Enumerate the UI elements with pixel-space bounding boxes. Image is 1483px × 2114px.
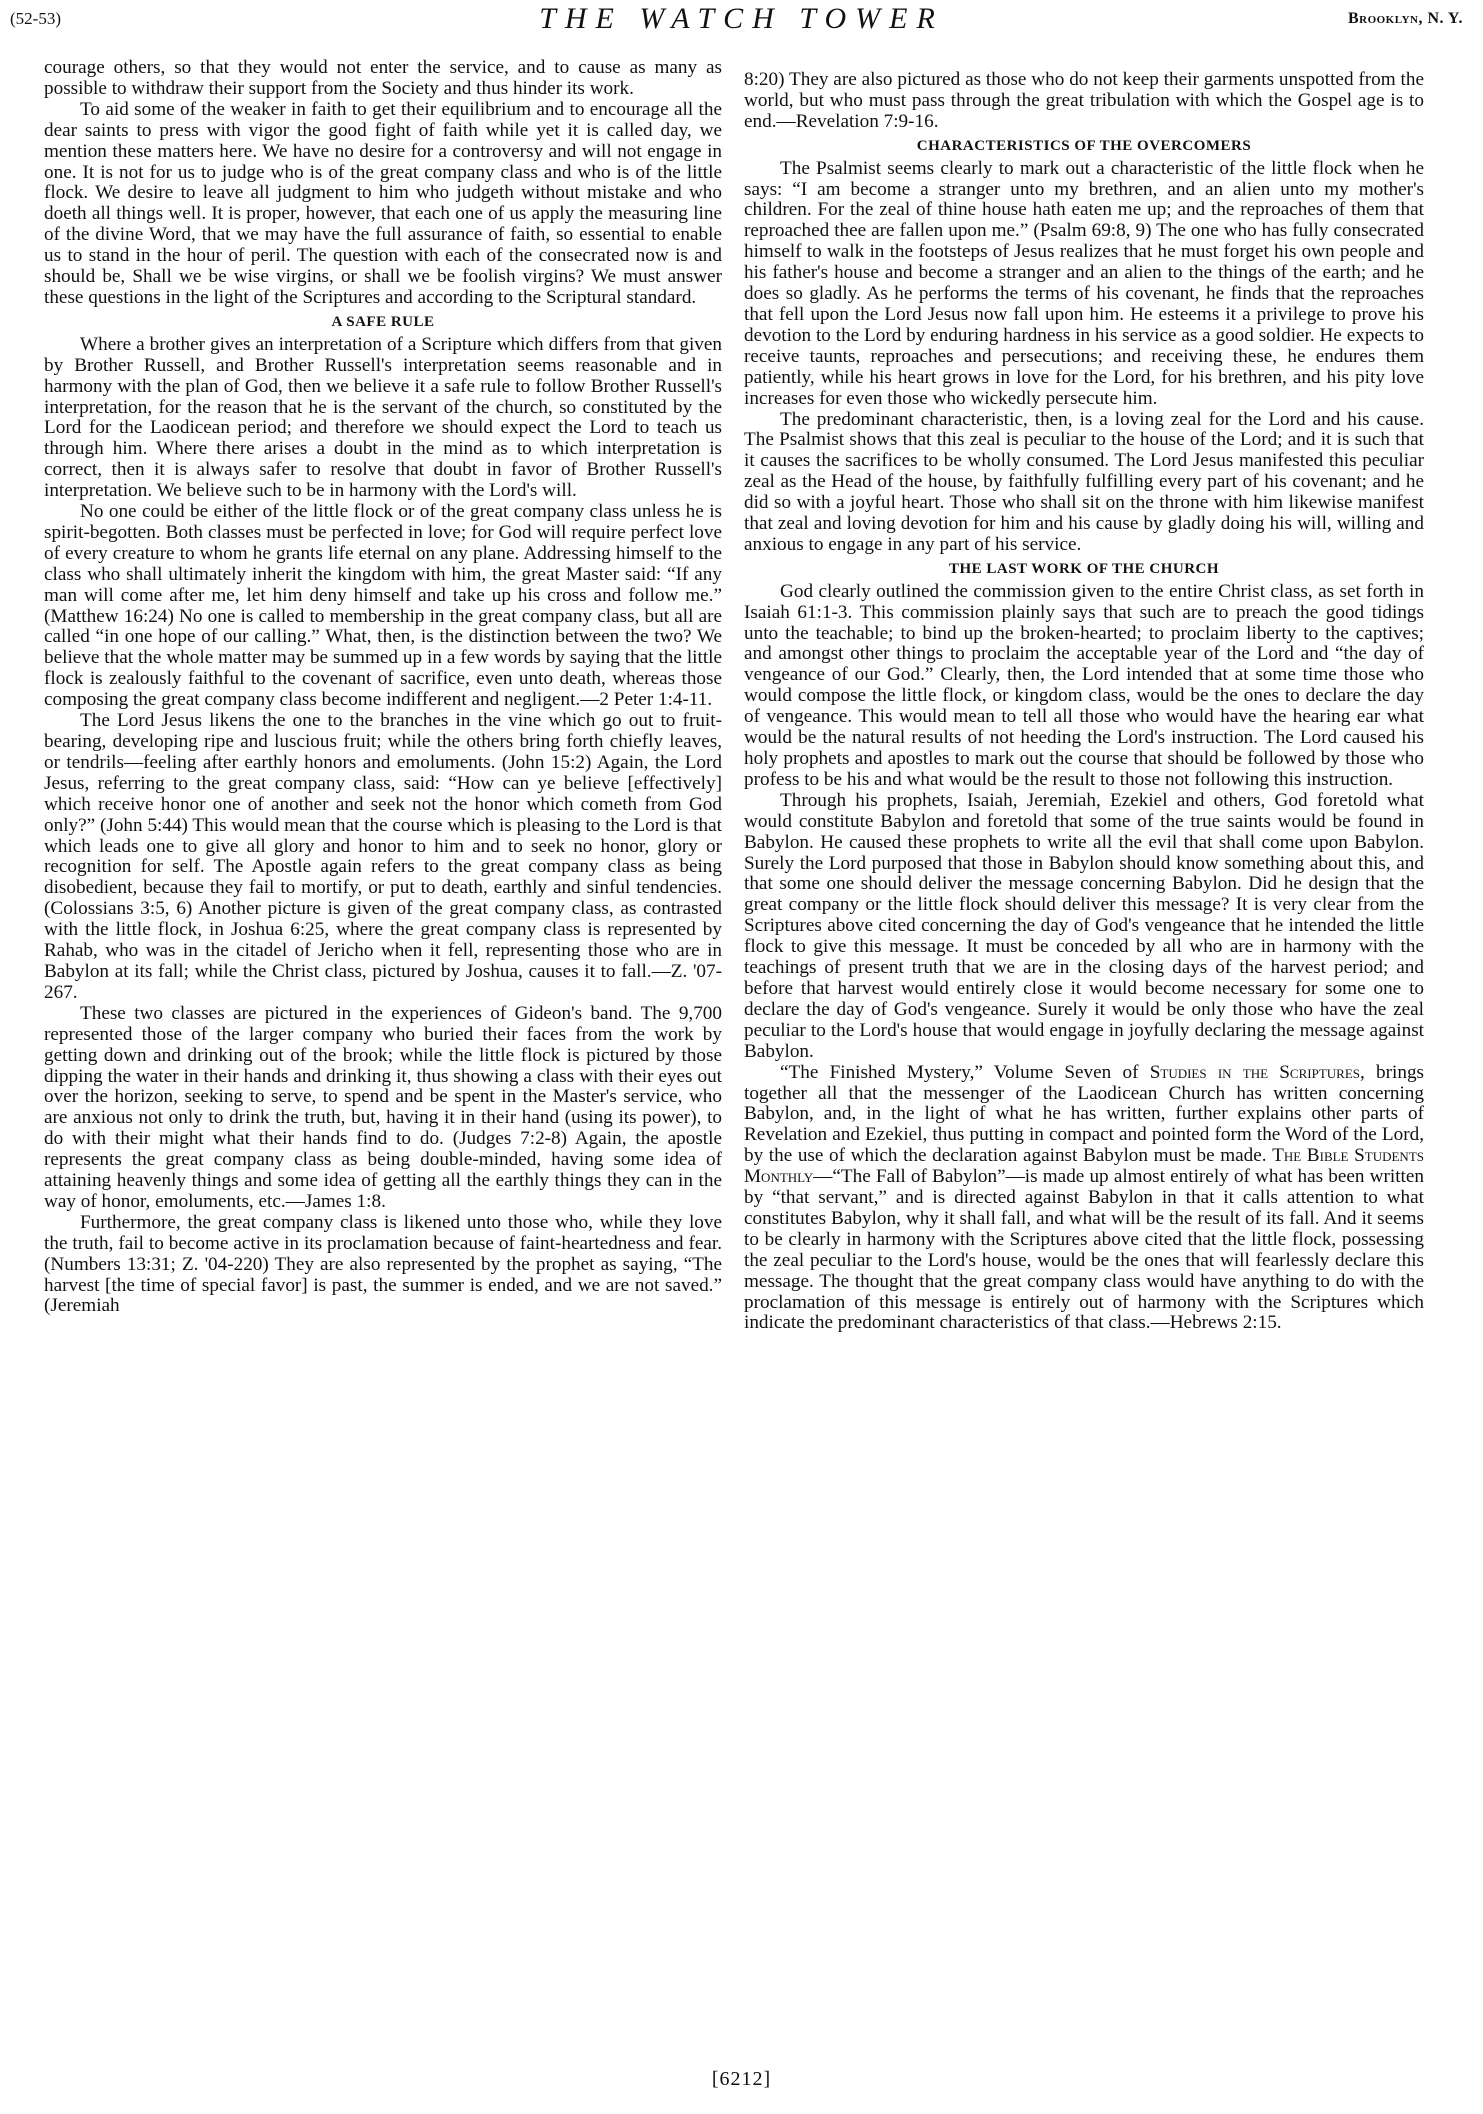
paragraph: No one could be either of the little flo… [44, 502, 722, 711]
paragraph: The Psalmist seems clearly to mark out a… [744, 159, 1424, 410]
page-number: [6212] [0, 2068, 1483, 2091]
paragraph: Furthermore, the great company class is … [44, 1213, 722, 1318]
paragraph: Through his prophets, Isaiah, Jeremiah, … [744, 791, 1424, 1063]
paragraph: To aid some of the weaker in faith to ge… [44, 100, 722, 309]
page-header: (52-53) THE WATCH TOWER Brooklyn, N. Y. [0, 0, 1483, 40]
paragraph: God clearly outlined the commission give… [744, 582, 1424, 791]
paragraph: Where a brother gives an interpretation … [44, 335, 722, 502]
paragraph: The predominant characteristic, then, is… [744, 410, 1424, 556]
publication-title: THE WATCH TOWER [0, 2, 1483, 36]
paragraph: courage others, so that they would not e… [44, 58, 722, 100]
right-column: 8:20) They are also pictured as those wh… [744, 70, 1424, 1334]
left-column: courage others, so that they would not e… [44, 58, 722, 1317]
text-run: “The Finished Mystery,” Volume Seven of [780, 1062, 1150, 1083]
section-heading-last-work: THE LAST WORK OF THE CHURCH [744, 559, 1424, 580]
section-heading-overcomers: CHARACTERISTICS OF THE OVERCOMERS [744, 136, 1424, 157]
publication-location: Brooklyn, N. Y. [1348, 10, 1463, 28]
paragraph: 8:20) They are also pictured as those wh… [744, 70, 1424, 133]
paragraph: The Lord Jesus likens the one to the bra… [44, 711, 722, 1004]
text-run: —“The Fall of Babylon”—is made up almost… [744, 1166, 1424, 1333]
paragraph: “The Finished Mystery,” Volume Seven of … [744, 1063, 1424, 1335]
section-heading-safe-rule: A SAFE RULE [44, 312, 722, 333]
book-title: Studies in the Scriptures [1150, 1062, 1360, 1083]
paragraph: These two classes are pictured in the ex… [44, 1004, 722, 1213]
